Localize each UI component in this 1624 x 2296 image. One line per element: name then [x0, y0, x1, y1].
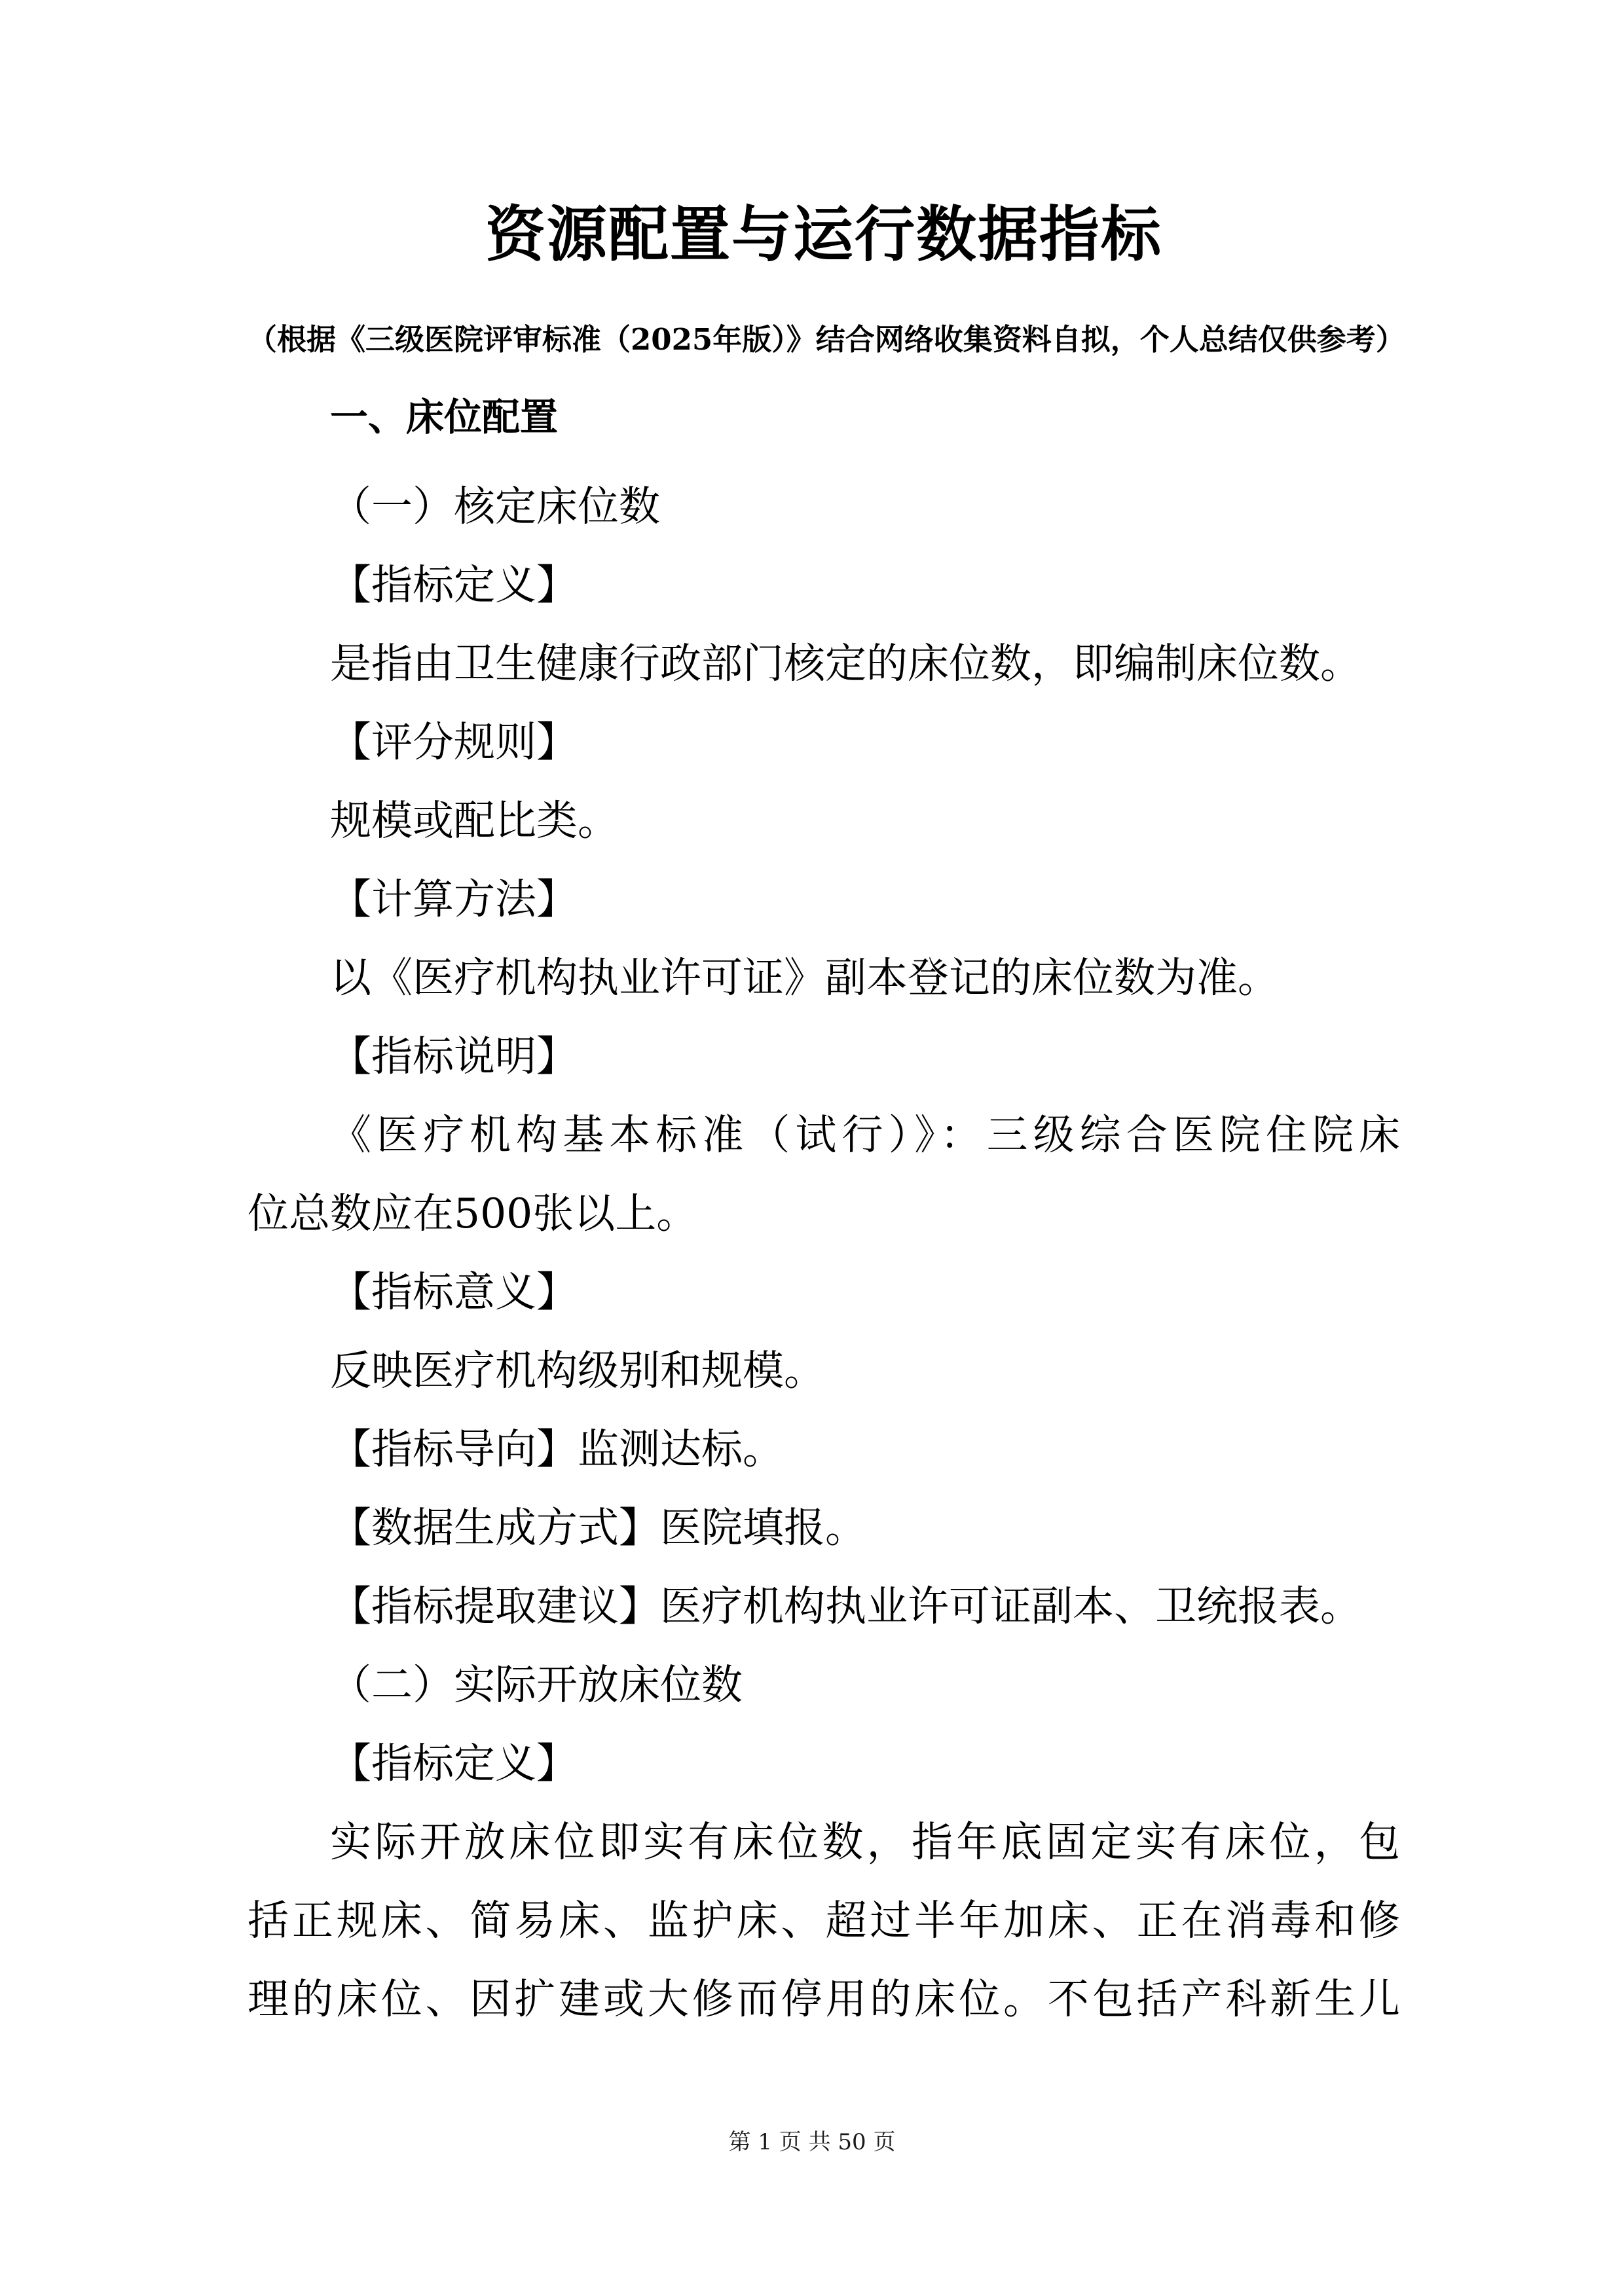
body-line: 【指标意义】 — [248, 1253, 1400, 1332]
document-title: 资源配置与运行数据指标 — [248, 202, 1400, 267]
body-line: （二）实际开放床位数 — [248, 1646, 1400, 1724]
body-line: 【计算方法】 — [248, 860, 1400, 939]
page-number-footer: 第 1 页 共 50 页 — [0, 2126, 1624, 2158]
body-line: 【数据生成方式】医院填报。 — [248, 1489, 1400, 1567]
body-line: 【指标说明】 — [248, 1017, 1400, 1096]
body-line: 【指标提取建议】医疗机构执业许可证副本、卫统报表。 — [248, 1567, 1400, 1646]
section-heading-bed-allocation: 一、床位配置 — [248, 396, 1400, 438]
body-line: 【指标定义】 — [248, 546, 1400, 625]
body-line: 规模或配比类。 — [248, 782, 1400, 860]
body-line: 以《医疗机构执业许可证》副本登记的床位数为准。 — [248, 939, 1400, 1017]
document-page: 资源配置与运行数据指标 （根据《三级医院评审标准（2025年版）》结合网络收集资… — [0, 0, 1624, 2296]
body-line: 实际开放床位即实有床位数，指年底固定实有床位，包 — [248, 1803, 1400, 1882]
body-line: 《医疗机构基本标准（试行）》：三级综合医院住院床 — [248, 1096, 1400, 1175]
body-line: 【指标定义】 — [248, 1724, 1400, 1803]
body-text-block: （一）核定床位数 【指标定义】 是指由卫生健康行政部门核定的床位数，即编制床位数… — [248, 467, 1400, 2039]
body-line: 位总数应在500张以上。 — [248, 1175, 1400, 1253]
body-line: 反映医疗机构级别和规模。 — [248, 1332, 1400, 1410]
document-subtitle: （根据《三级医院评审标准（2025年版）》结合网络收集资料自拟，个人总结仅供参考… — [248, 319, 1400, 360]
document-content: 资源配置与运行数据指标 （根据《三级医院评审标准（2025年版）》结合网络收集资… — [248, 0, 1400, 2039]
body-line: 是指由卫生健康行政部门核定的床位数，即编制床位数。 — [248, 625, 1400, 703]
body-line: 括正规床、简易床、监护床、超过半年加床、正在消毒和修 — [248, 1882, 1400, 1960]
body-line: 理的床位、因扩建或大修而停用的床位。不包括产科新生儿 — [248, 1960, 1400, 2039]
body-line: 【指标导向】监测达标。 — [248, 1410, 1400, 1489]
body-line: 【评分规则】 — [248, 703, 1400, 782]
body-line: （一）核定床位数 — [248, 467, 1400, 546]
